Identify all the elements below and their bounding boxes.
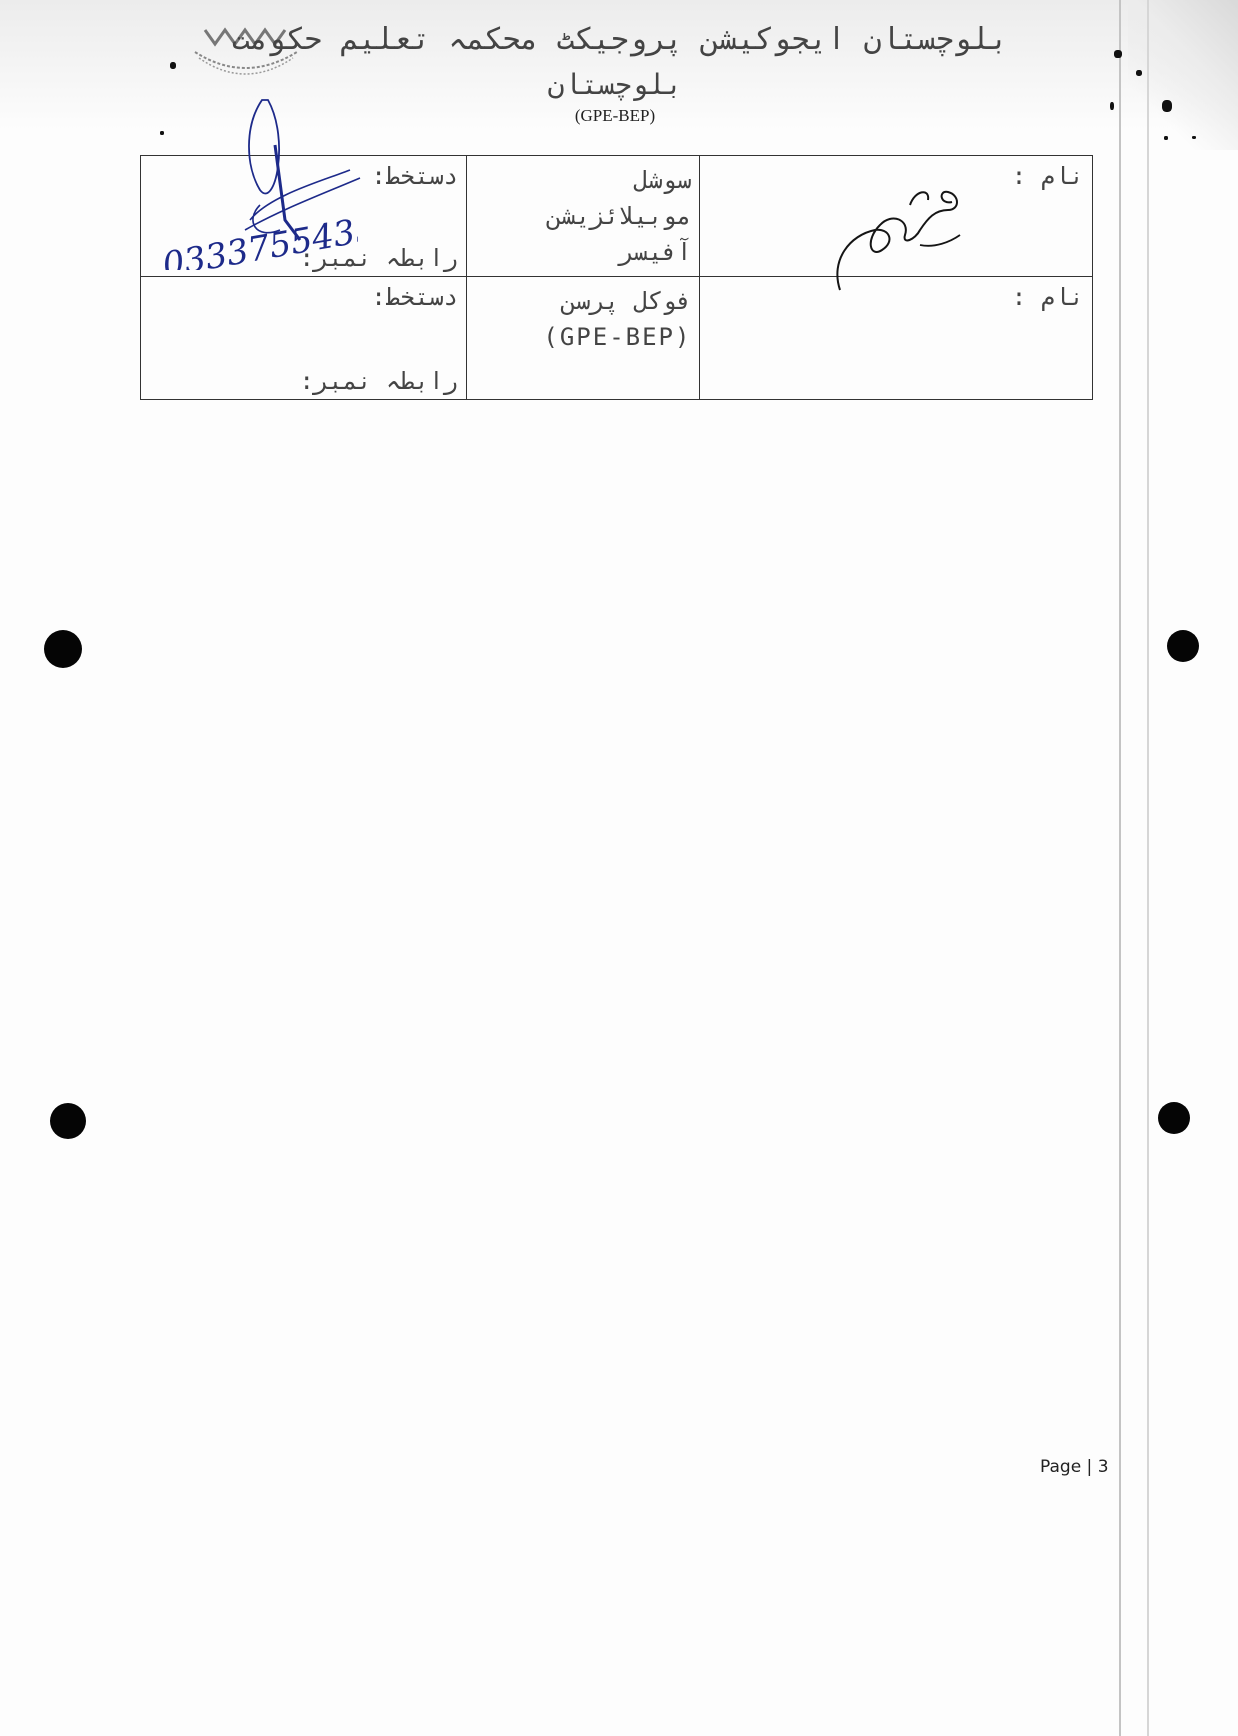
form-row: نام : سوشل موبیلائزیشن آفیسر دستخط: رابط…: [141, 156, 1093, 277]
page-number: Page | 3: [1040, 1457, 1109, 1477]
phone-label: رابطہ نمبر:: [299, 244, 458, 272]
header-project-code: (GPE-BEP): [120, 106, 1110, 126]
role-line: فوکل پرسن: [475, 283, 691, 319]
role-cell: سوشل موبیلائزیشن آفیسر: [467, 156, 700, 277]
punch-hole-icon: [44, 630, 82, 668]
scan-shading-corner: [1128, 0, 1238, 150]
role-line: موبیلائزیشن: [475, 198, 691, 234]
signature-cell: دستخط: رابطہ نمبر:: [141, 277, 467, 400]
signature-form-table: نام : سوشل موبیلائزیشن آفیسر دستخط: رابط…: [140, 155, 1093, 400]
name-label: نام :: [1012, 283, 1084, 311]
signature-cell: دستخط: رابطہ نمبر:: [141, 156, 467, 277]
phone-label: رابطہ نمبر:: [299, 367, 458, 395]
scan-speck: [170, 62, 176, 69]
scan-speck: [1114, 50, 1122, 58]
scan-speck: [1110, 102, 1114, 110]
scan-speck: [1136, 70, 1142, 76]
scan-speck: [1162, 100, 1172, 112]
role-line: آفیسر: [475, 234, 691, 270]
role-english: (GPE-BEP): [475, 319, 691, 355]
role-cell: فوکل پرسن (GPE-BEP): [467, 277, 700, 400]
signature-label: دستخط:: [149, 162, 458, 190]
punch-hole-icon: [50, 1103, 86, 1139]
page-edge-line: [1147, 0, 1149, 1736]
punch-hole-icon: [1158, 1102, 1190, 1134]
role-line: سوشل: [475, 162, 691, 198]
name-cell: نام :: [700, 156, 1093, 277]
scan-speck: [1192, 136, 1196, 139]
name-label: نام :: [1012, 162, 1084, 190]
scan-speck: [160, 131, 164, 135]
page-edge-line: [1119, 0, 1121, 1736]
name-cell: نام :: [700, 277, 1093, 400]
scan-speck: [1164, 136, 1168, 140]
header-title-line2: بلوچستان: [120, 68, 1110, 101]
form-row: نام : فوکل پرسن (GPE-BEP) دستخط: رابطہ ن…: [141, 277, 1093, 400]
punch-hole-icon: [1167, 630, 1199, 662]
header-title-line1: بلوچستان ایجوکیشن پروجیکٹ محکمہ تعلیم حک…: [120, 22, 1120, 57]
signature-label: دستخط:: [149, 283, 458, 311]
